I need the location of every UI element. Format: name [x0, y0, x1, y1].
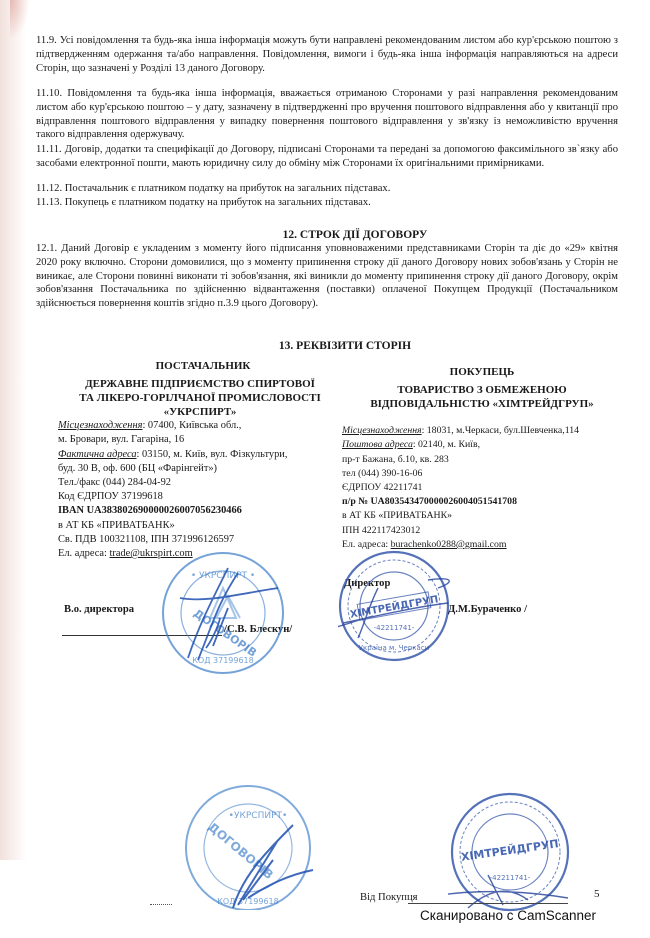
svg-text:ХІМТРЕЙДГРУП: ХІМТРЕЙДГРУП — [460, 837, 559, 864]
supplier-edrpou: Код ЄДРПОУ 37199618 — [58, 490, 348, 504]
supplier-location-label: Місцезнаходження — [58, 420, 142, 431]
supplier-actual-label: Фактична адреса — [58, 449, 137, 460]
supplier-location-value: : 07400, Київська обл., — [142, 420, 241, 431]
svg-text:-42211741-: -42211741- — [490, 874, 531, 882]
svg-text:КОД 37199618: КОД 37199618 — [192, 656, 254, 665]
buyer-edrpou: ЄДРПОУ 42211741 — [342, 481, 622, 495]
buyer-stamp-lower: ХІМТРЕЙДГРУП -42211741- — [448, 790, 578, 920]
supplier-actual-value: : 03150, м. Київ, вул. Фізкультури, — [137, 449, 288, 460]
clause-11-11: 11.11. Договір, додатки та специфікації … — [36, 143, 618, 171]
supplier-location-line2: м. Бровари, вул. Гагаріна, 16 — [58, 433, 348, 447]
buyer-signer-name: Д.М.Бураченко / — [448, 604, 527, 615]
supplier-stamp-upper: • УКРСПИРТ • ДОГОВОРІВ КОД 37199618 — [158, 548, 288, 678]
clause-11-13: 11.13. Покупець є платником податку на п… — [36, 196, 618, 210]
svg-text:•УКРСПИРТ•: •УКРСПИРТ• — [229, 811, 288, 821]
svg-text:КОД 37199618: КОД 37199618 — [217, 897, 279, 906]
supplier-signer-title: В.о. директора — [64, 604, 134, 615]
buyer-postal-address: Поштова адреса: 02140, м. Київ, — [342, 438, 622, 452]
section-12-title: 12. СТРОК ДІЇ ДОГОВОРУ — [30, 229, 650, 241]
supplier-org-line1: ДЕРЖАВНЕ ПІДПРИЄМСТВО СПИРТОВОЇ — [52, 377, 348, 391]
supplier-email-label: Ел. адреса: — [58, 548, 110, 559]
buyer-location: Місцезнаходження: 18031, м.Черкаси, бул.… — [342, 424, 622, 438]
supplier-org-line3: «УКРСПИРТ» — [52, 405, 348, 419]
supplier-iban: IBAN UA383802690000026007056230466 — [58, 504, 348, 518]
buyer-bank: в АТ КБ «ПРИВАТБАНК» — [342, 509, 622, 523]
buyer-ipn: ІПН 422117423012 — [342, 524, 622, 538]
footer-from-buyer: Від Покупця — [360, 892, 418, 903]
svg-text:-42211741-: -42211741- — [374, 624, 415, 632]
supplier-details: ПОСТАЧАЛЬНИК ДЕРЖАВНЕ ПІДПРИЄМСТВО СПИРТ… — [58, 355, 348, 561]
buyer-location-value: : 18031, м.Черкаси, бул.Шевченка,114 — [422, 425, 579, 436]
buyer-location-label: Місцезнаходження — [342, 425, 422, 436]
clause-12-1: 12.1. Даний Договір є укладеним з момент… — [36, 242, 618, 311]
buyer-postal-value: : 02140, м. Київ, — [413, 439, 480, 450]
supplier-role: ПОСТАЧАЛЬНИК — [58, 359, 348, 373]
clause-11-12: 11.12. Постачальник є платником податку … — [36, 182, 618, 196]
buyer-postal-label: Поштова адреса — [342, 439, 413, 450]
supplier-actual-address: Фактична адреса: 03150, м. Київ, вул. Фі… — [58, 448, 348, 462]
buyer-org-line1: ТОВАРИСТВО З ОБМЕЖЕНОЮ — [342, 383, 622, 397]
section-13-title: 13. РЕКВІЗИТИ СТОРІН — [20, 340, 650, 352]
buyer-postal-line2: пр-т Бажана, б.10, кв. 283 — [342, 453, 622, 467]
supplier-bank: в АТ КБ «ПРИВАТБАНК» — [58, 519, 348, 533]
page-number: 5 — [594, 888, 600, 900]
supplier-org-line2: ТА ЛІКЕРО-ГОРІЛЧАНОЇ ПРОМИСЛОВОСТІ — [52, 391, 348, 405]
buyer-phone: тел (044) 390-16-06 — [342, 467, 622, 481]
supplier-phone: Тел./факс (044) 284-04-92 — [58, 476, 348, 490]
supplier-actual-line2: буд. 30 В, оф. 600 (БЦ «Фарінгейт») — [58, 462, 348, 476]
clause-11-9: 11.9. Усі повідомлення та будь-яка інша … — [36, 34, 618, 75]
buyer-stamp-upper: ХІМТРЕЙДГРУП -42211741- Україна м. Черка… — [338, 548, 458, 668]
clause-11-10: 11.10. Повідомлення та будь-яка інша інф… — [36, 87, 618, 142]
corner-mark — [10, 0, 30, 40]
camscanner-watermark: Сканировано с CamScanner — [420, 908, 596, 923]
footer-signature-line — [408, 903, 568, 904]
buyer-details: ПОКУПЕЦЬ ТОВАРИСТВО З ОБМЕЖЕНОЮ ВІДПОВІД… — [342, 355, 622, 552]
svg-text:Україна м. Черкаси: Україна м. Черкаси — [359, 644, 429, 652]
supplier-vat: Св. ПДВ 100321108, ІПН 371996126597 — [58, 533, 348, 547]
buyer-org-line2: ВІДПОВІДАЛЬНІСТЮ «ХІМТРЕЙДГРУП» — [342, 397, 622, 411]
buyer-account: п/р № UA803543470000026004051541708 — [342, 495, 622, 509]
supplier-location: Місцезнаходження: 07400, Київська обл., — [58, 419, 348, 433]
page-edge-shadow — [0, 0, 26, 860]
buyer-role: ПОКУПЕЦЬ — [342, 365, 622, 379]
supplier-stamp-lower: •УКРСПИРТ• ДОГОВОРІВ КОД 37199618 — [178, 780, 318, 910]
svg-text:ДОГОВОРІВ: ДОГОВОРІВ — [205, 820, 276, 882]
footer-dotted-line — [150, 904, 172, 905]
